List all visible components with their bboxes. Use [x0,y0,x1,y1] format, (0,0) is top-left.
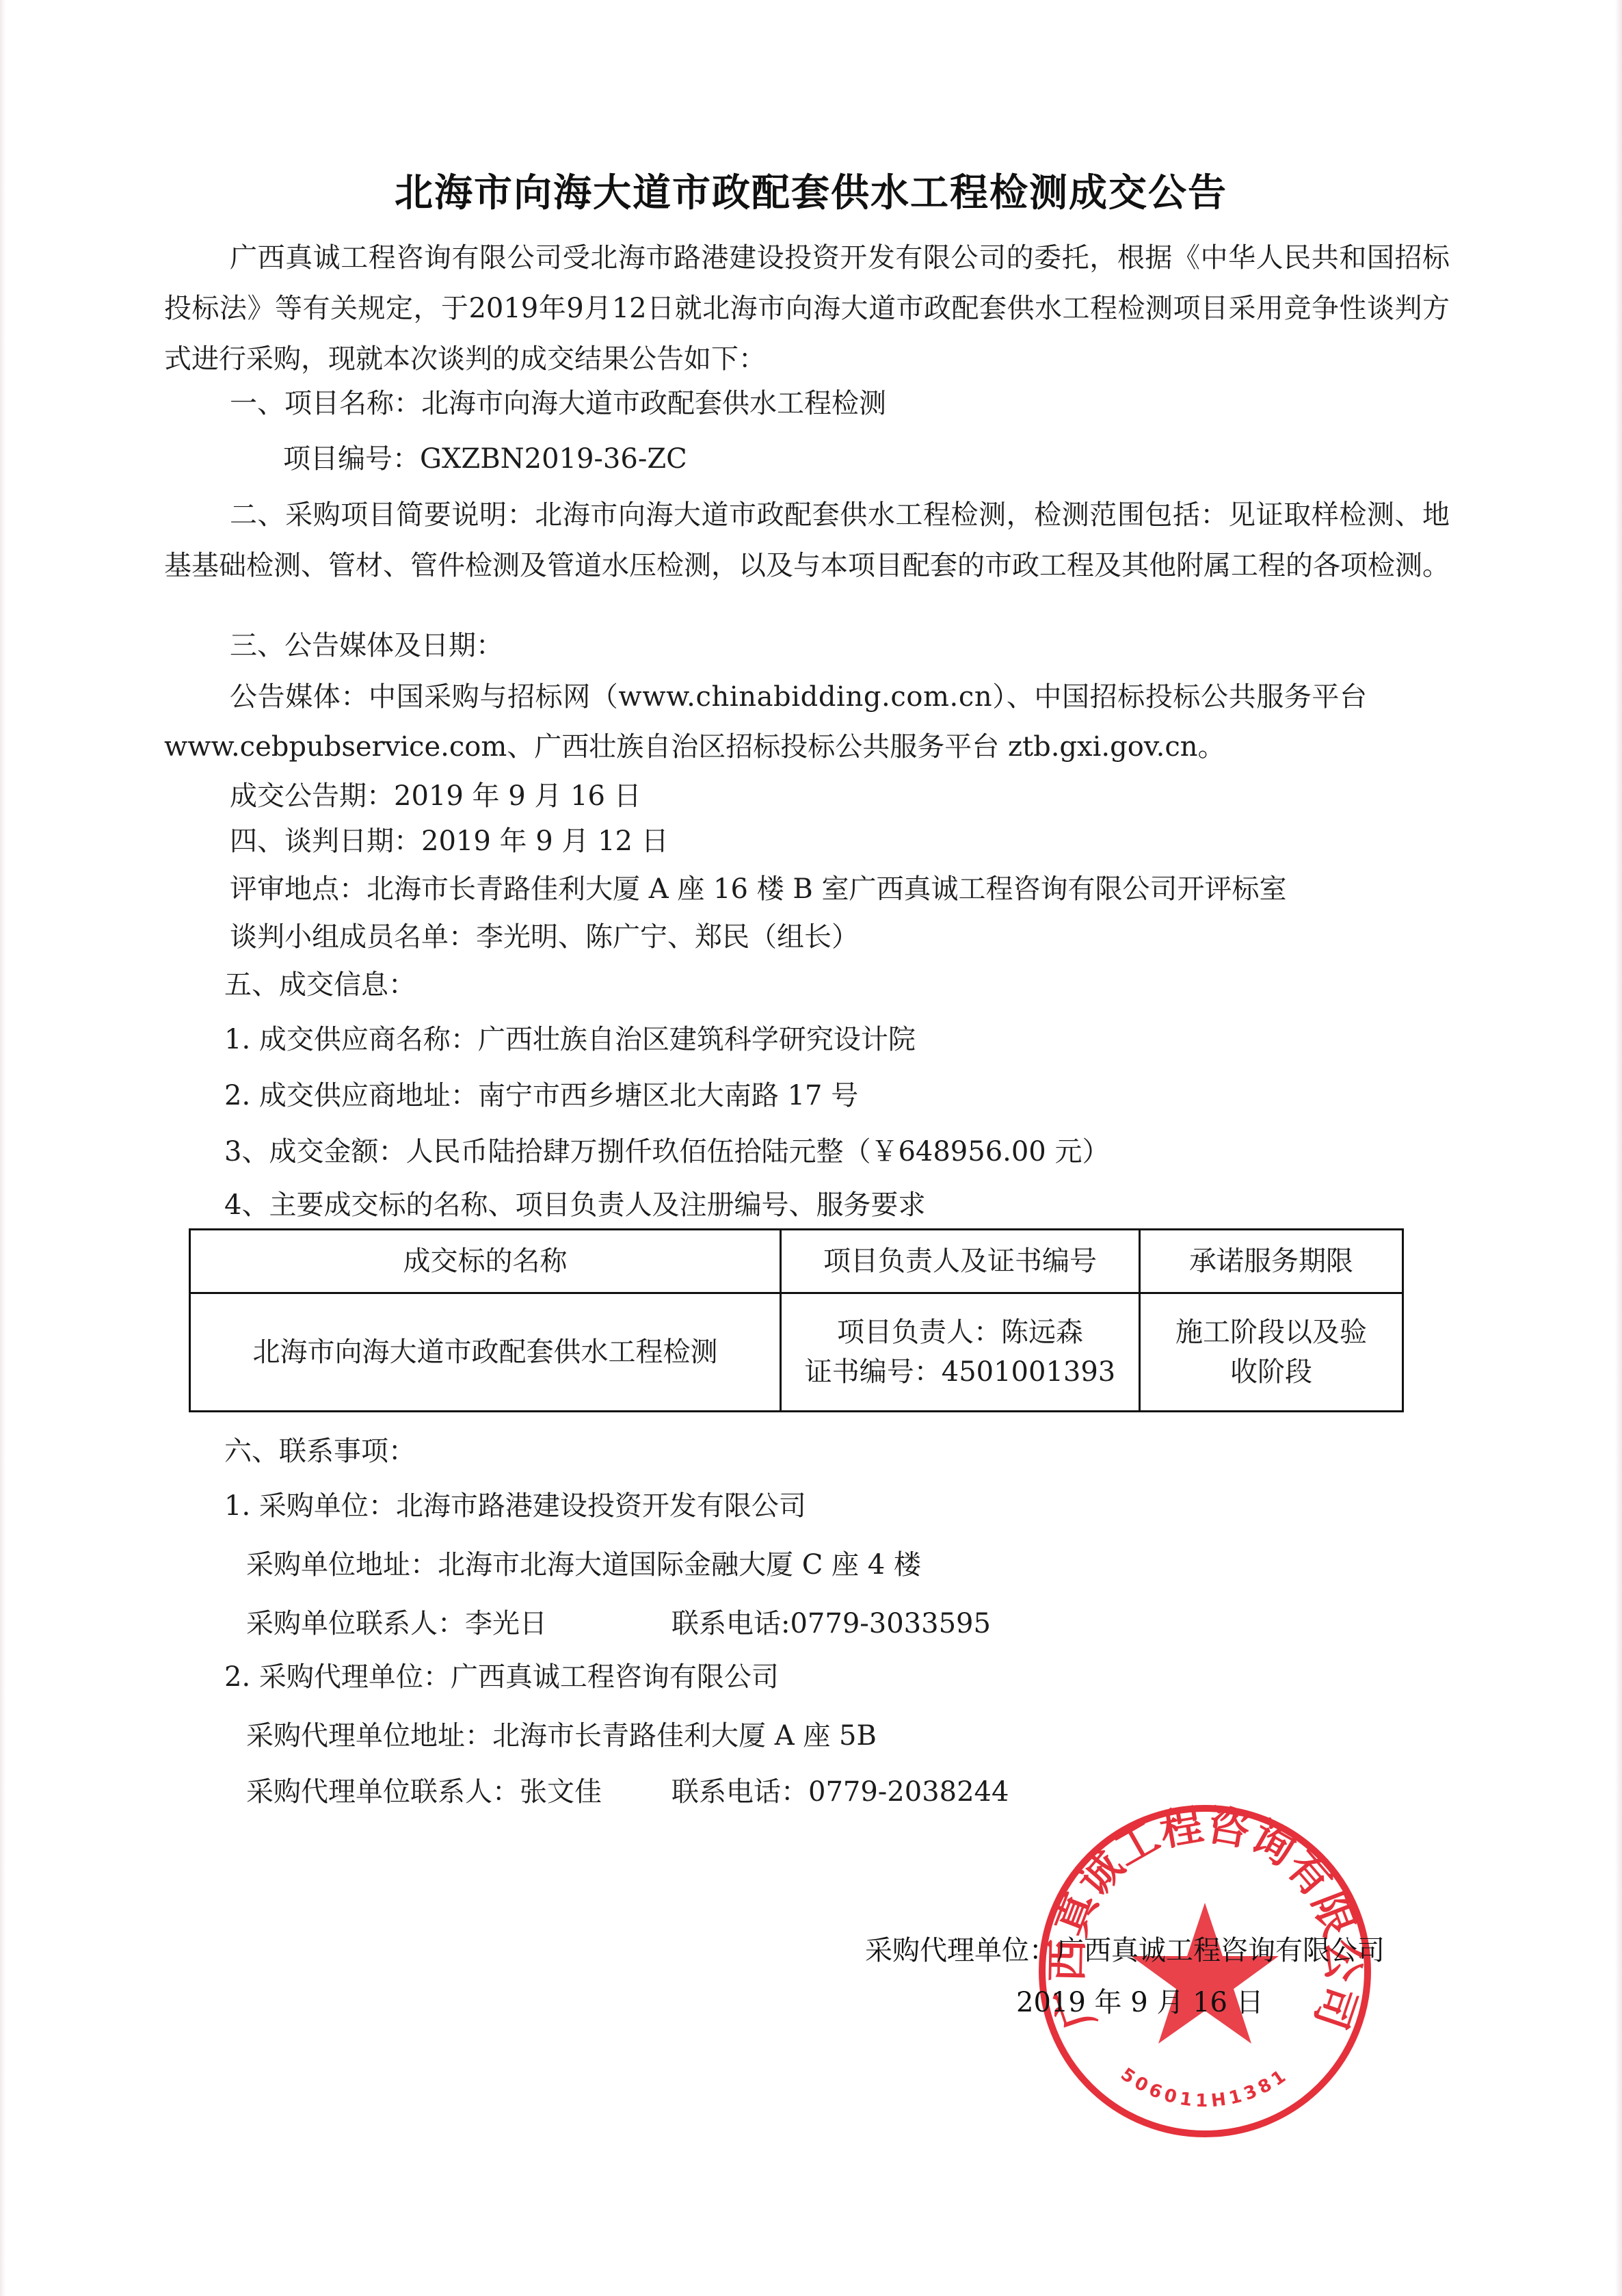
media-line-1: 公告媒体：中国采购与招标网（www.chinabidding.com.cn）、中… [230,681,1368,713]
table-header-cell: 成交标的名称 [190,1230,781,1293]
scan-edge [0,0,5,2296]
deal-table: 成交标的名称 项目负责人及证书编号 承诺服务期限 北海市向海大道市政配套供水工程… [189,1228,1404,1412]
project-code: 项目编号：GXZBN2019-36-ZC [283,443,687,475]
document-title: 北海市向海大道市政配套供水工程检测成交公告 [0,163,1622,217]
table-caption: 4、主要成交标的名称、项目负责人及注册编号、服务要求 [224,1189,925,1222]
negotiation-date: 四、谈判日期：2019 年 9 月 12 日 [230,825,669,858]
agent-phone: 联系电话：0779-2038244 [672,1776,1009,1808]
contact-heading: 六、联系事项： [224,1435,416,1468]
table-cell-service-period: 施工阶段以及验收阶段 [1140,1293,1403,1412]
document-page: 北海市向海大道市政配套供水工程检测成交公告 广西真诚工程咨询有限公司受北海市路港… [0,0,1622,2296]
deal-amount: 3、成交金额：人民币陆拾肆万捌仟玖佰伍拾陆元整（￥648956.00 元） [224,1135,1109,1168]
panel-members: 谈判小组成员名单：李光明、陈广宁、郑民（组长） [230,921,859,953]
purchaser-address: 采购单位地址：北海市北海大道国际金融大厦 C 座 4 楼 [246,1548,921,1581]
table-cell-manager: 项目负责人：陈远森 证书编号：4501001393 [781,1293,1140,1412]
table-header-cell: 项目负责人及证书编号 [781,1230,1140,1293]
project-name: 一、项目名称：北海市向海大道市政配套供水工程检测 [230,387,886,420]
supplier-name: 1. 成交供应商名称：广西壮族自治区建筑科学研究设计院 [224,1023,916,1056]
signature-date: 2019 年 9 月 16 日 [1016,1986,1264,2019]
agent-address: 采购代理单位地址：北海市长青路佳利大厦 A 座 5B [246,1719,877,1752]
announce-date: 成交公告期：2019 年 9 月 16 日 [230,780,641,813]
signature-agent: 采购代理单位：广西真诚工程咨询有限公司 [865,1934,1385,1967]
official-seal-icon: 广西真诚工程咨询有限公司 4506011H13818 [1034,1800,1376,2142]
media-heading: 三、公告媒体及日期： [230,629,503,662]
table-cell-name: 北海市向海大道市政配套供水工程检测 [190,1293,781,1412]
scan-edge [1615,0,1622,2296]
deal-info-heading: 五、成交信息： [224,968,416,1001]
project-description: 二、采购项目简要说明：北海市向海大道市政配套供水工程检测，检测范围包括：见证取样… [164,490,1450,591]
certificate-number: 证书编号：4501001393 [788,1352,1132,1392]
supplier-address: 2. 成交供应商地址：南宁市西乡塘区北大南路 17 号 [224,1079,858,1112]
table-row: 北海市向海大道市政配套供水工程检测 项目负责人：陈远森 证书编号：4501001… [190,1293,1403,1412]
table-header-row: 成交标的名称 项目负责人及证书编号 承诺服务期限 [190,1230,1403,1293]
purchaser-name: 1. 采购单位：北海市路港建设投资开发有限公司 [224,1490,806,1522]
table-header-cell: 承诺服务期限 [1140,1230,1403,1293]
agent-name: 2. 采购代理单位：广西真诚工程咨询有限公司 [224,1661,779,1693]
purchaser-contact: 采购单位联系人：李光日 [246,1607,547,1640]
media-line-2: www.cebpubservice.com、广西壮族自治区招标投标公共服务平台 … [164,730,1225,763]
purchaser-phone: 联系电话:0779-3033595 [672,1607,991,1640]
intro-paragraph: 广西真诚工程咨询有限公司受北海市路港建设投资开发有限公司的委托，根据《中华人民共… [164,233,1450,384]
manager-name: 项目负责人：陈远森 [788,1312,1132,1352]
agent-contact: 采购代理单位联系人：张文佳 [246,1776,602,1808]
review-location: 评审地点：北海市长青路佳利大厦 A 座 16 楼 B 室广西真诚工程咨询有限公司… [230,873,1286,906]
